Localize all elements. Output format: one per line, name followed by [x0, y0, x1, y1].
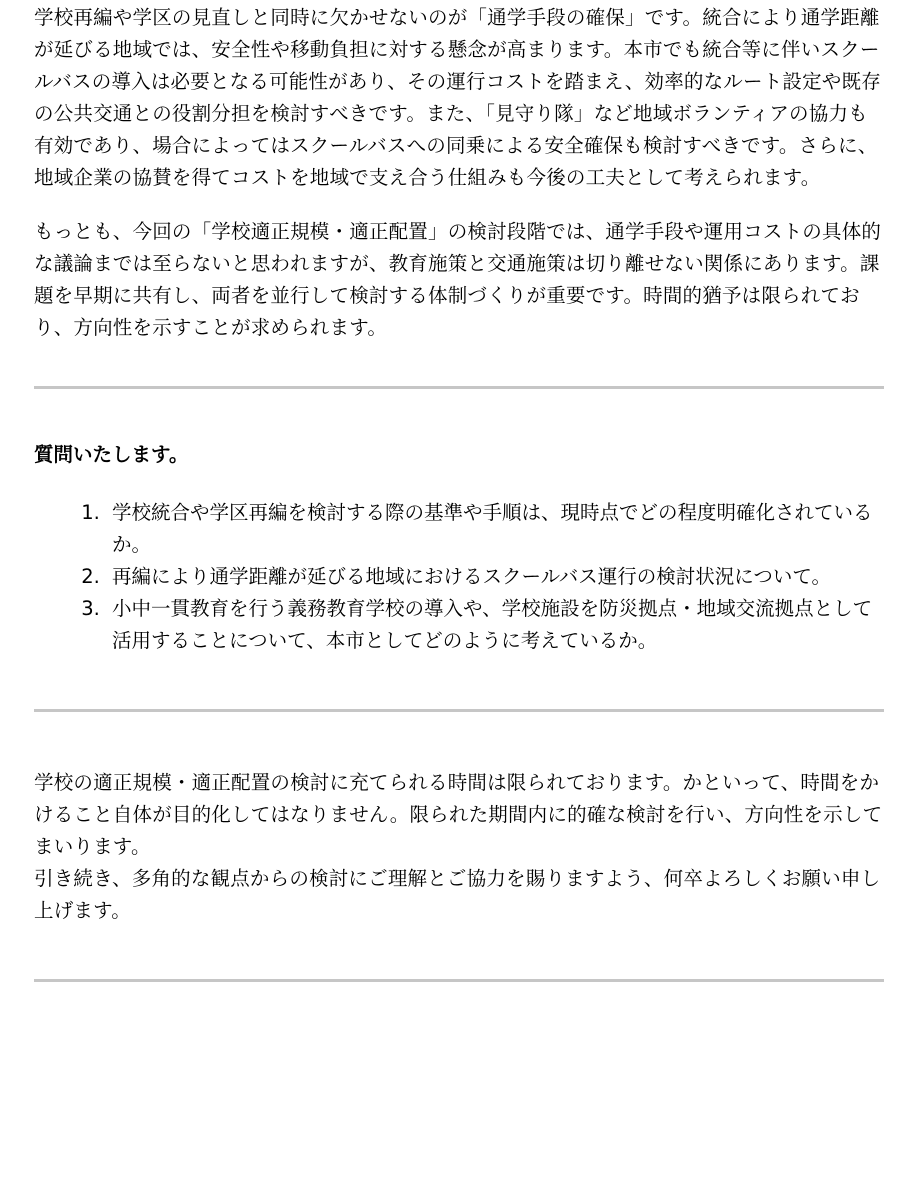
- question-heading: 質問いたします。: [34, 439, 884, 471]
- closing-paragraph: 学校の適正規模・適正配置の検討に充てられる時間は限られております。かといって、時…: [34, 767, 884, 863]
- section-divider: [34, 979, 884, 982]
- question-item: 小中一貫教育を行う義務教育学校の導入や、学校施設を防災拠点・地域交流拠点として活…: [106, 593, 884, 657]
- section-divider: [34, 709, 884, 712]
- document-body: 学校再編や学区の見直しと同時に欠かせないのが「通学手段の確保」です。統合により通…: [34, 0, 884, 982]
- question-list: 学校統合や学区再編を検討する際の基準や手順は、現時点でどの程度明確化されているか…: [34, 497, 884, 657]
- question-item: 再編により通学距離が延びる地域におけるスクールバス運行の検討状況について。: [106, 561, 884, 593]
- section-divider: [34, 386, 884, 389]
- question-item: 学校統合や学区再編を検討する際の基準や手順は、現時点でどの程度明確化されているか…: [106, 497, 884, 561]
- paragraph-policy: もっとも、今回の「学校適正規模・適正配置」の検討段階では、通学手段や運用コストの…: [34, 216, 884, 344]
- closing-paragraph: 引き続き、多角的な観点からの検討にご理解とご協力を賜りますよう、何卒よろしくお願…: [34, 863, 884, 927]
- paragraph-transport: 学校再編や学区の見直しと同時に欠かせないのが「通学手段の確保」です。統合により通…: [34, 0, 884, 194]
- closing-section: 学校の適正規模・適正配置の検討に充てられる時間は限られております。かといって、時…: [34, 767, 884, 927]
